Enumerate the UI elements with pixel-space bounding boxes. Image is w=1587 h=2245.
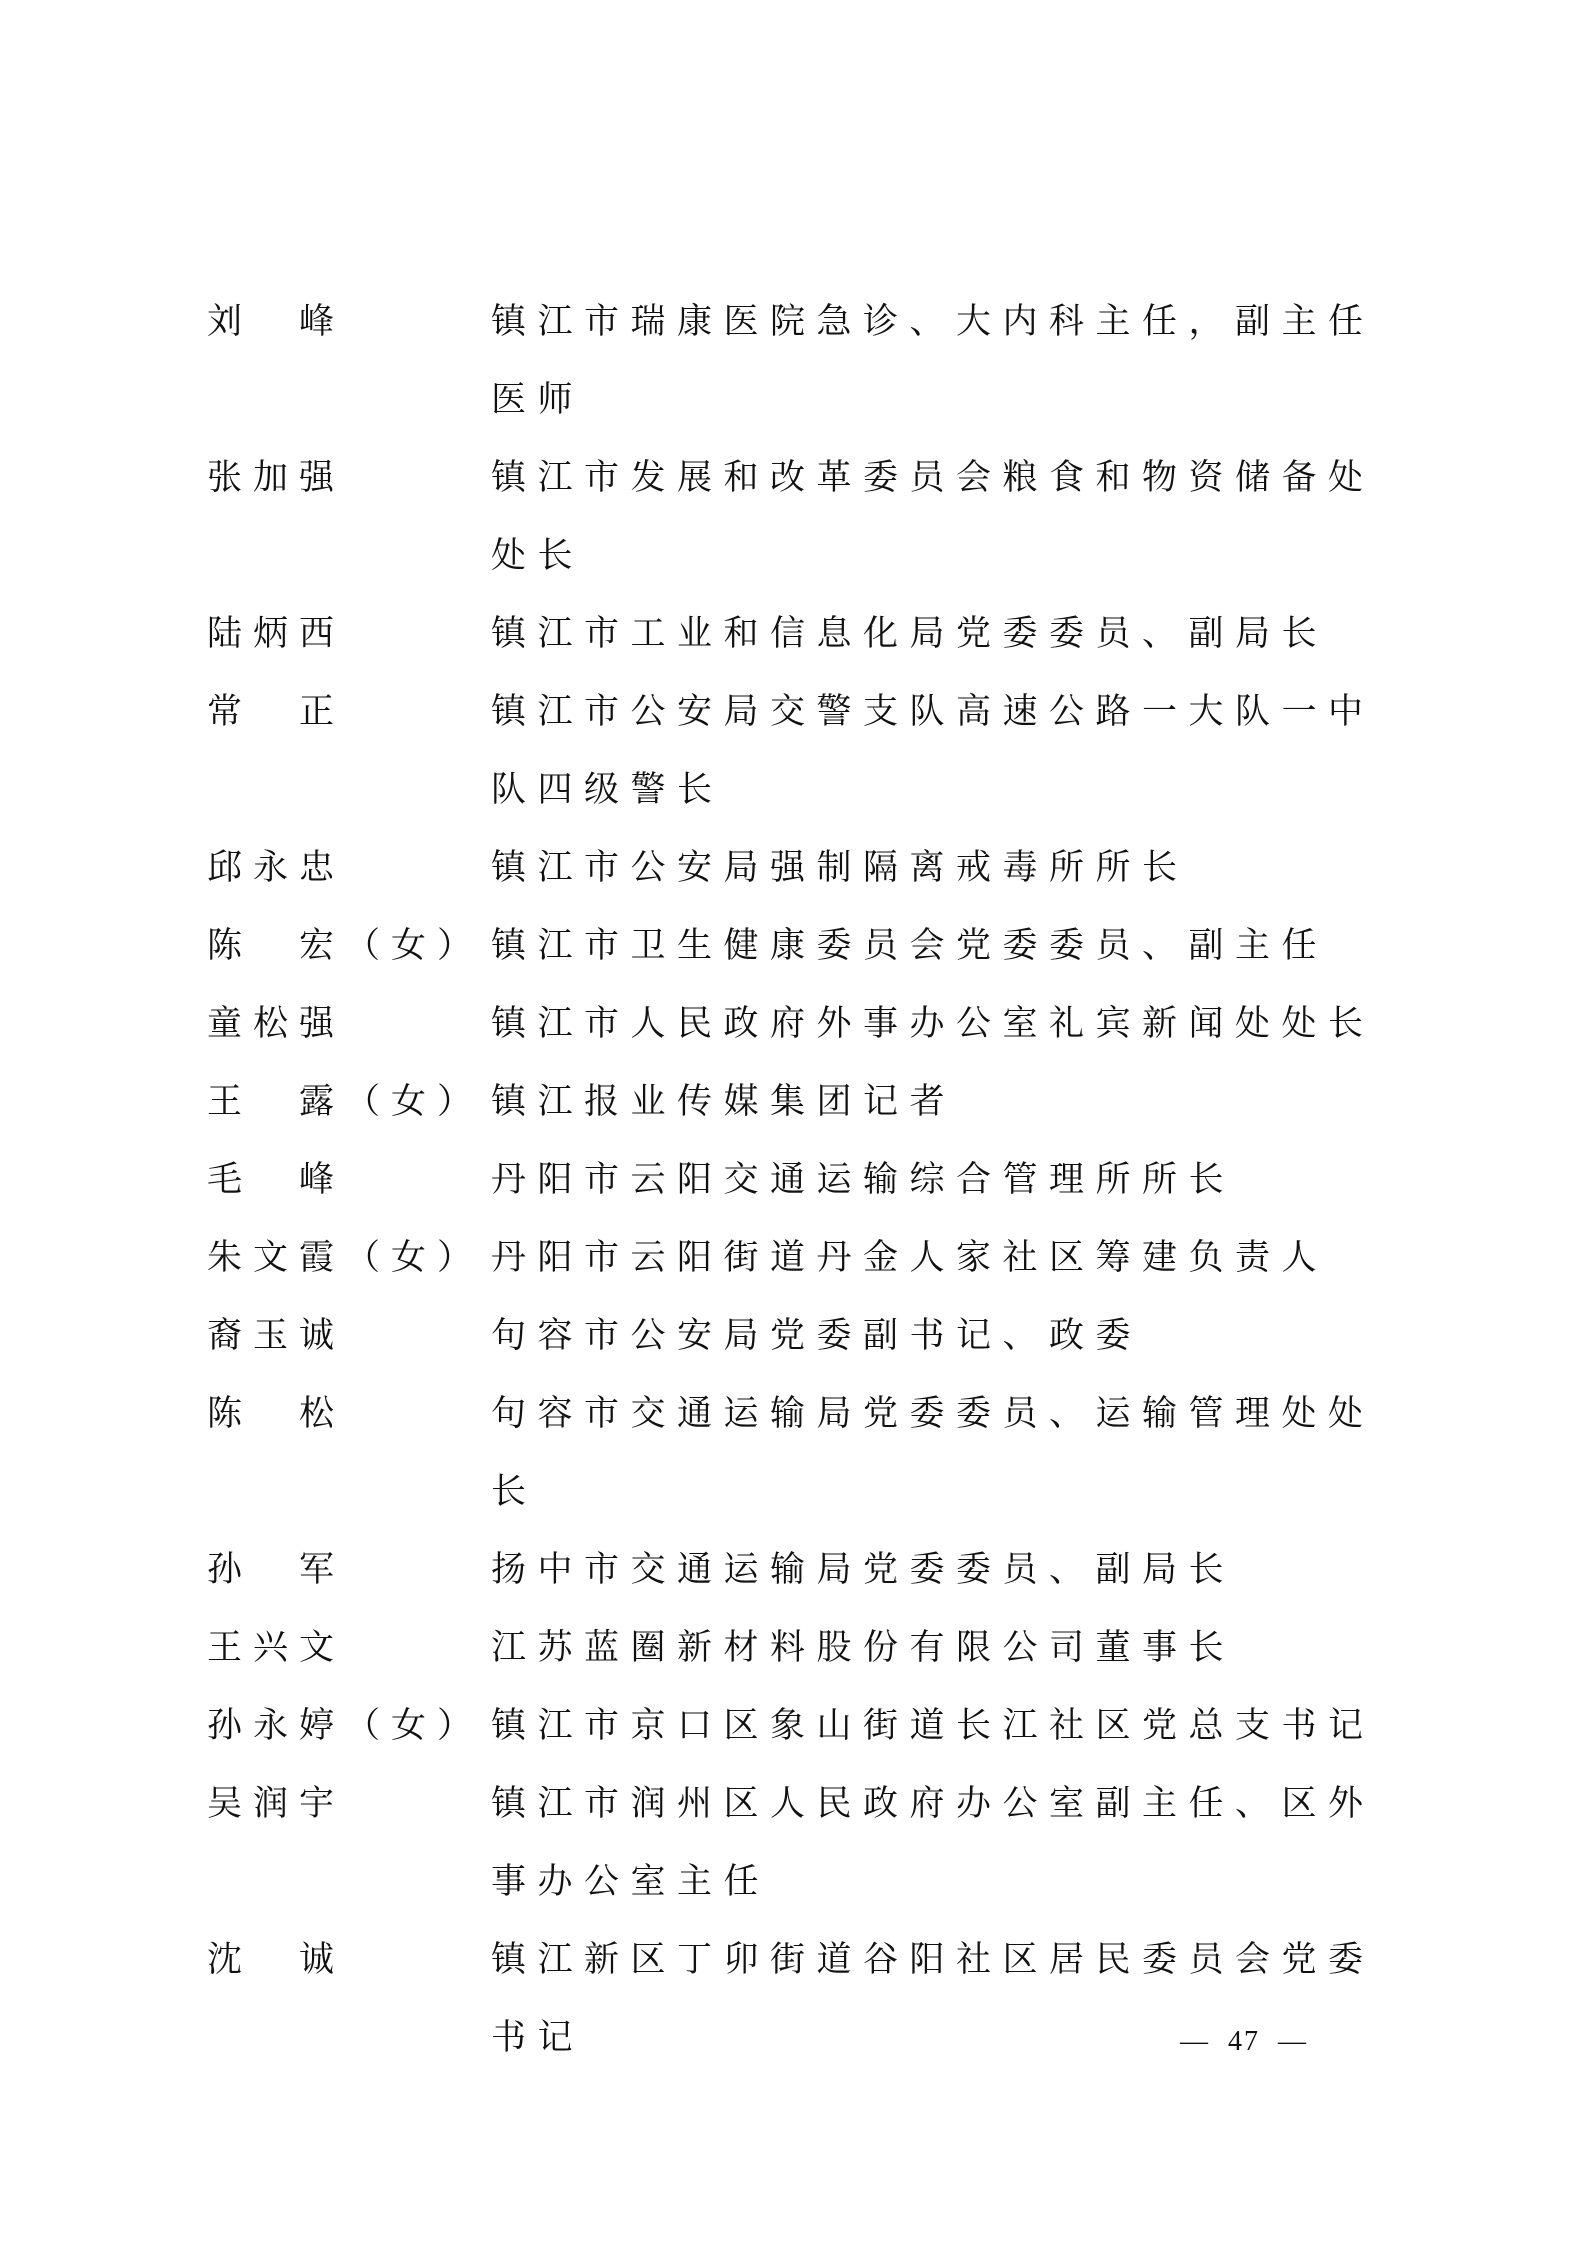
person-name: 陈 宏（女） — [207, 907, 491, 985]
list-item: 张加强 镇江市发展和改革委员会粮食和物资储备处处长 — [207, 439, 1387, 595]
list-item: 吴润宇 镇江市润州区人民政府办公室副主任、区外事办公室主任 — [207, 1765, 1387, 1921]
list-item: 毛 峰 丹阳市云阳交通运输综合管理所所长 — [207, 1141, 1387, 1219]
person-name: 刘 峰 — [207, 283, 491, 361]
list-item: 常 正 镇江市公安局交警支队高速公路一大队一中队四级警长 — [207, 673, 1387, 829]
person-name: 毛 峰 — [207, 1141, 491, 1219]
person-name: 陈 松 — [207, 1375, 491, 1453]
person-name: 沈 诚 — [207, 1921, 491, 1999]
person-position: 镇江市瑞康医院急诊、大内科主任，副主任医师 — [491, 283, 1387, 439]
list-item: 王兴文 江苏蓝圈新材料股份有限公司董事长 — [207, 1609, 1387, 1687]
person-position: 镇江市润州区人民政府办公室副主任、区外事办公室主任 — [491, 1765, 1387, 1921]
person-position: 镇江市公安局交警支队高速公路一大队一中队四级警长 — [491, 673, 1387, 829]
person-name: 孙永婷（女） — [207, 1687, 491, 1765]
person-position: 镇江市公安局强制隔离戒毒所所长 — [491, 829, 1387, 907]
person-name: 吴润宇 — [207, 1765, 491, 1843]
person-position: 镇江市工业和信息化局党委委员、副局长 — [491, 595, 1387, 673]
person-position: 镇江市京口区象山街道长江社区党总支书记 — [491, 1687, 1387, 1765]
person-name: 常 正 — [207, 673, 491, 751]
list-item: 裔玉诚 句容市公安局党委副书记、政委 — [207, 1297, 1387, 1375]
person-name: 裔玉诚 — [207, 1297, 491, 1375]
person-position: 扬中市交通运输局党委委员、副局长 — [491, 1531, 1387, 1609]
list-item: 陈 宏（女） 镇江市卫生健康委员会党委委员、副主任 — [207, 907, 1387, 985]
person-name: 陆炳西 — [207, 595, 491, 673]
list-item: 陆炳西 镇江市工业和信息化局党委委员、副局长 — [207, 595, 1387, 673]
person-position: 镇江市人民政府外事办公室礼宾新闻处处长 — [491, 985, 1387, 1063]
person-position: 镇江市卫生健康委员会党委委员、副主任 — [491, 907, 1387, 985]
list-item: 童松强 镇江市人民政府外事办公室礼宾新闻处处长 — [207, 985, 1387, 1063]
person-name: 王 露（女） — [207, 1063, 491, 1141]
person-position: 江苏蓝圈新材料股份有限公司董事长 — [491, 1609, 1387, 1687]
person-position: 句容市交通运输局党委委员、运输管理处处长 — [491, 1375, 1387, 1531]
person-position: 镇江市发展和改革委员会粮食和物资储备处处长 — [491, 439, 1387, 595]
list-item: 孙 军 扬中市交通运输局党委委员、副局长 — [207, 1531, 1387, 1609]
document-page: 刘 峰 镇江市瑞康医院急诊、大内科主任，副主任医师 张加强 镇江市发展和改革委员… — [0, 0, 1587, 2245]
person-name: 孙 军 — [207, 1531, 491, 1609]
person-name: 邱永忠 — [207, 829, 491, 907]
list-item: 刘 峰 镇江市瑞康医院急诊、大内科主任，副主任医师 — [207, 283, 1387, 439]
person-position: 丹阳市云阳交通运输综合管理所所长 — [491, 1141, 1387, 1219]
person-position: 镇江报业传媒集团记者 — [491, 1063, 1387, 1141]
person-position: 丹阳市云阳街道丹金人家社区筹建负责人 — [491, 1219, 1387, 1297]
page-number: — 47 — — [1180, 2026, 1308, 2058]
list-item: 邱永忠 镇江市公安局强制隔离戒毒所所长 — [207, 829, 1387, 907]
person-name: 朱文霞（女） — [207, 1219, 491, 1297]
person-name: 张加强 — [207, 439, 491, 517]
personnel-list: 刘 峰 镇江市瑞康医院急诊、大内科主任，副主任医师 张加强 镇江市发展和改革委员… — [207, 283, 1387, 2077]
list-item: 王 露（女） 镇江报业传媒集团记者 — [207, 1063, 1387, 1141]
list-item: 孙永婷（女） 镇江市京口区象山街道长江社区党总支书记 — [207, 1687, 1387, 1765]
person-name: 王兴文 — [207, 1609, 491, 1687]
list-item: 陈 松 句容市交通运输局党委委员、运输管理处处长 — [207, 1375, 1387, 1531]
person-position: 句容市公安局党委副书记、政委 — [491, 1297, 1387, 1375]
person-name: 童松强 — [207, 985, 491, 1063]
list-item: 朱文霞（女） 丹阳市云阳街道丹金人家社区筹建负责人 — [207, 1219, 1387, 1297]
